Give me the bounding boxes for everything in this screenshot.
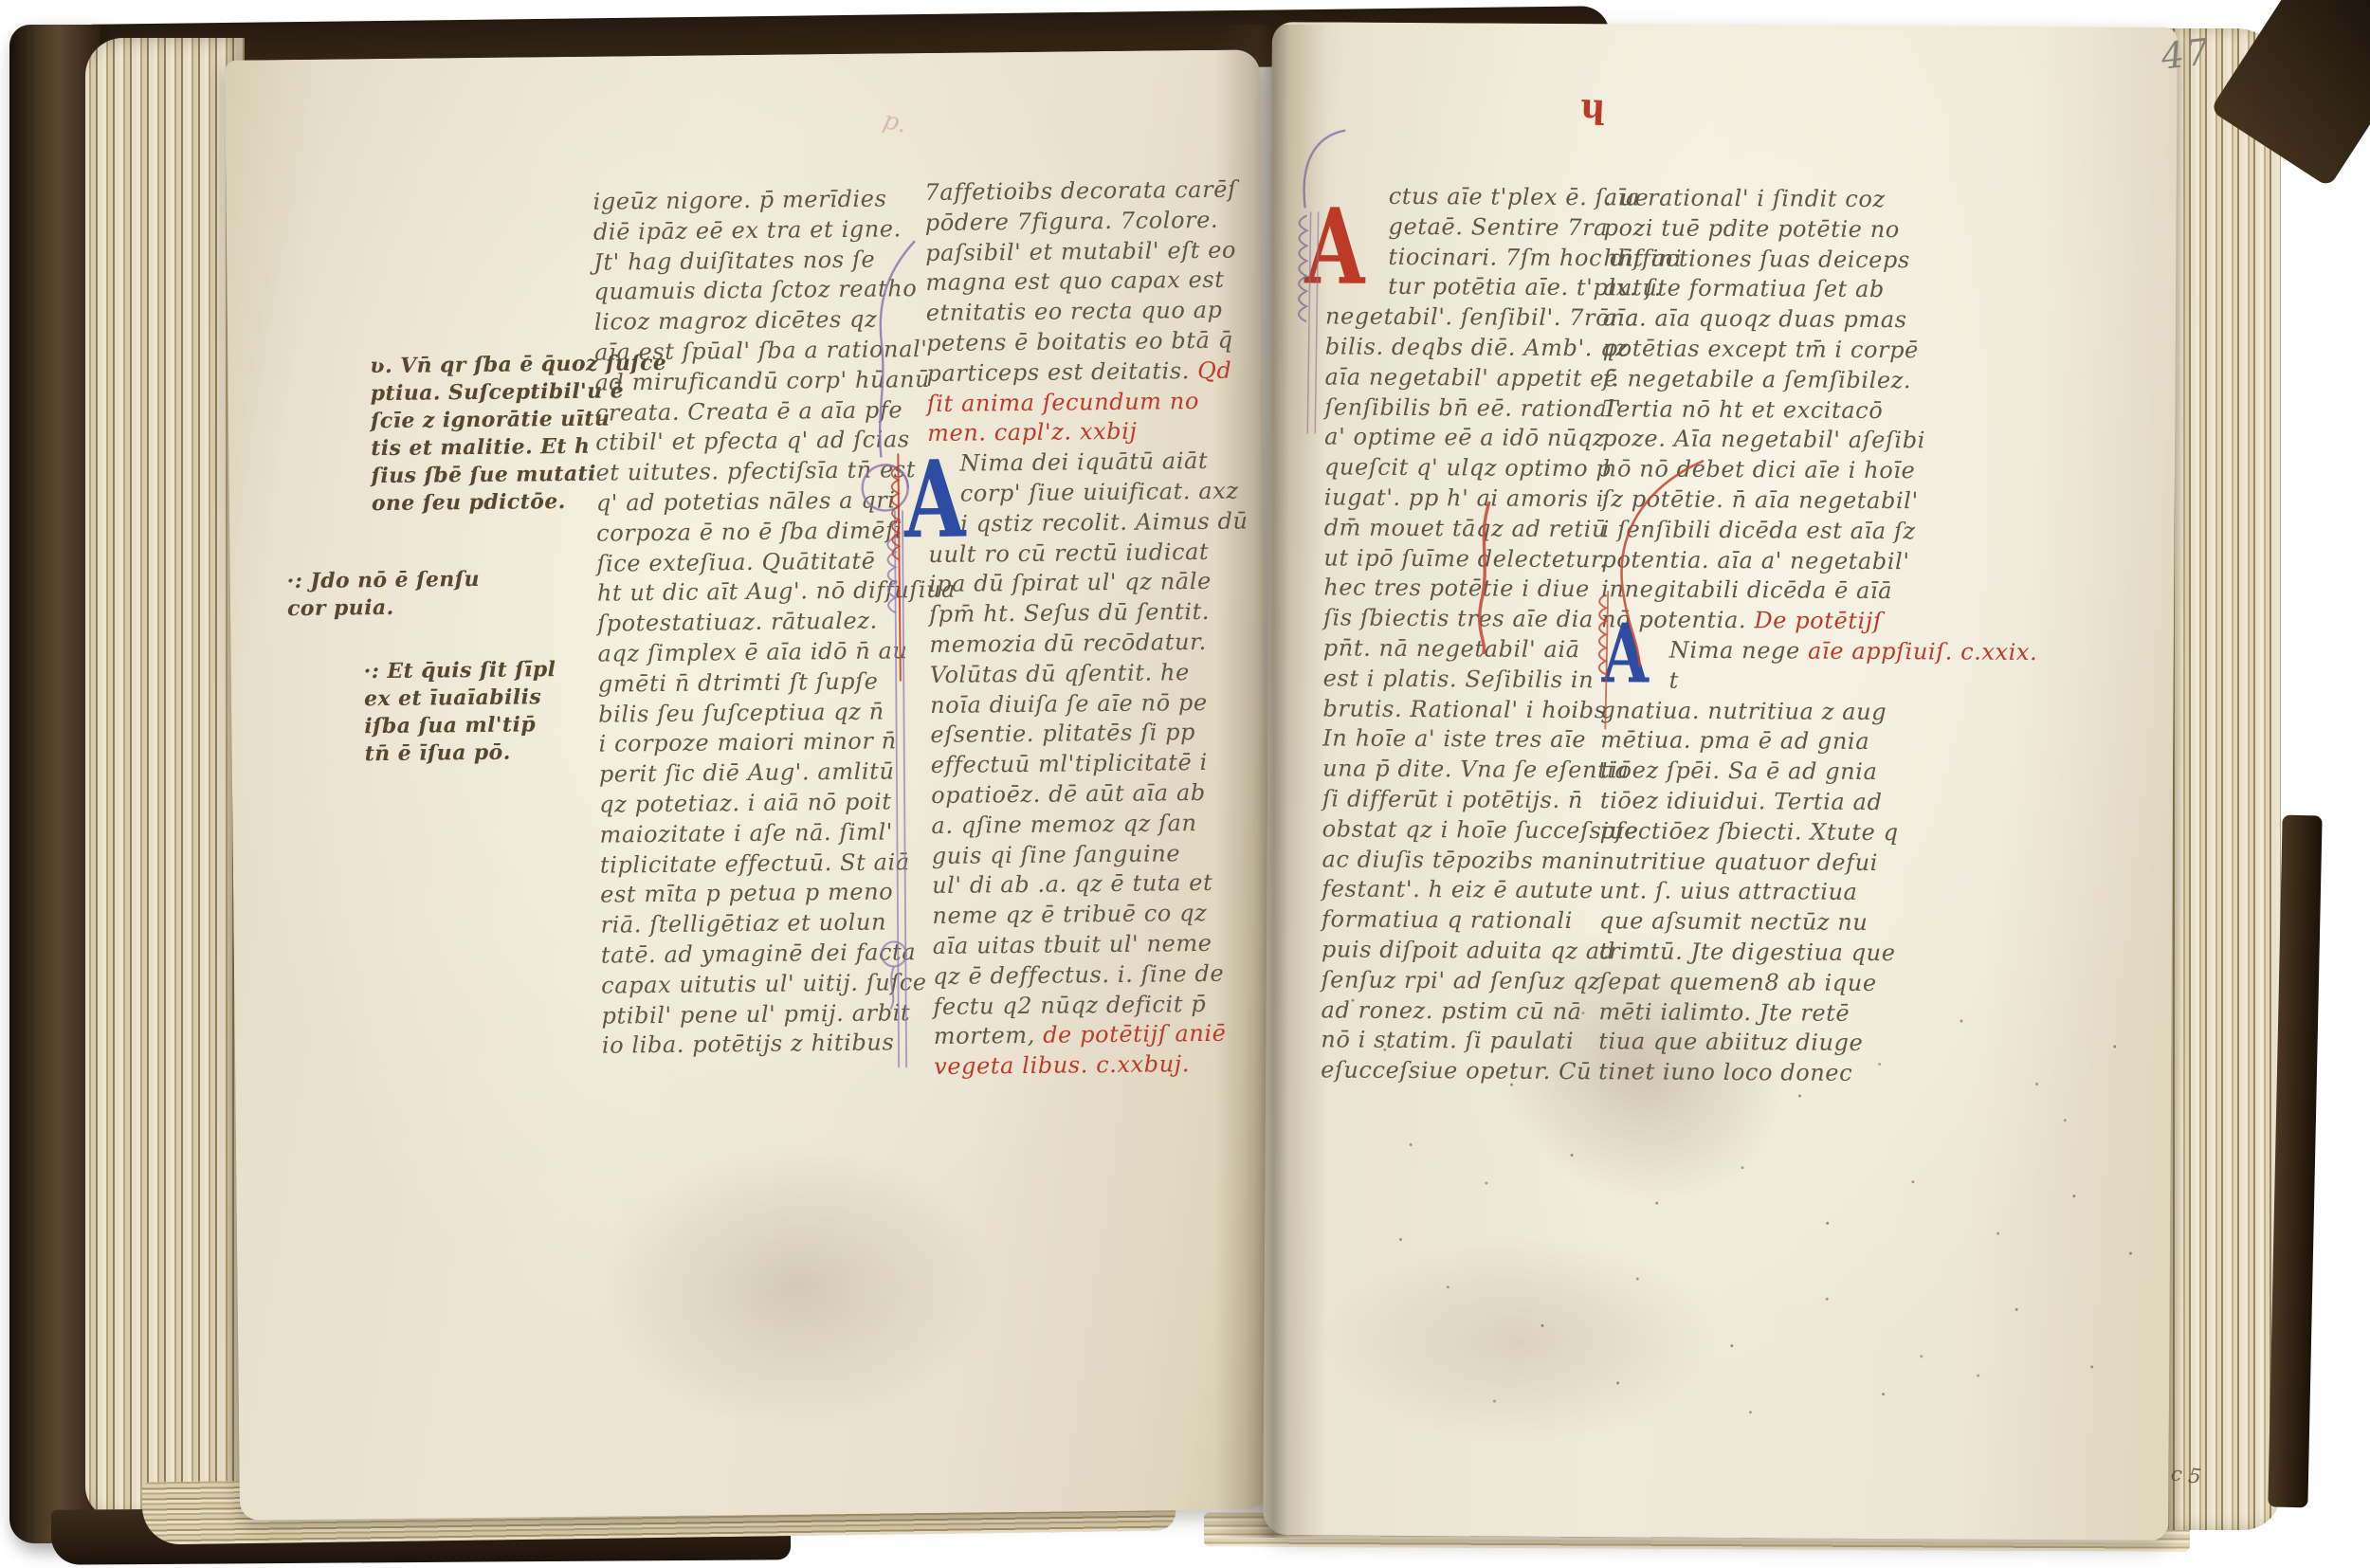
text-line: ſpotestatiuaz. rātualez. [597,606,956,640]
right-page: 47 ɥ ctus aīe t'plex ē. ſ. uegetaē. Sent… [1263,22,2178,1541]
quire-mark: ɥ [1579,86,1606,127]
text-line: i qstiz recolit. Aimus dū [928,506,1249,539]
text-line: ·: Jdo nō ē ſenſu [287,566,481,595]
text-line: innegitabili dicēda ē aīā [1601,575,2038,609]
text-line: gmēti n̄ dtrimti ſt ſupſe [598,665,957,700]
text-line: a. qſine memoz qz ſan [931,808,1251,841]
text-line: vegeta libus. c.xxbuj. [934,1049,1254,1083]
text-line: paſsibil' et mutabil' eſt eo [925,235,1246,268]
text-line: trimtū. Jte digestiua que [1599,937,2036,970]
illuminated-initial-A: A [1602,619,1650,689]
text-line: memozia dū recōdatur. [929,627,1249,660]
text-line: effectuū ml'tiplicitatē i [931,748,1251,781]
manuscript-photo: p. ʋ. Vn̄ qr ſba ē q̄uoz ſuſceptiua. Suſ… [0,0,2370,1568]
text-line: ſz potētie. n̄ aīa negetabil' [1602,484,2039,518]
text-line: ptibil' pene ul' pmij. arbit [601,997,959,1031]
text-line: t [1601,665,2038,699]
left-page: p. ʋ. Vn̄ qr ſba ē q̄uoz ſuſceptiua. Suſ… [225,49,1275,1520]
text-line: diē ipāz eē ex tra et igne. [593,214,952,248]
rubric-text: De potētijſ [1754,607,1882,634]
text-line: hn̄t actiones ſuas deiceps [1603,244,2040,277]
rubric-text: ſit anima ſecundum no [927,388,1199,417]
text-line: qz ē deffectus. i. ſine de [933,958,1253,992]
text-line: gnatiua. nutritiua z aug [1600,696,2037,729]
rubric-text: vegeta libus. c.xxbuj. [934,1050,1190,1080]
text-line: particeps est deitatis. Qd [926,356,1247,389]
text-line: uult ro cū rectū iudicat [928,537,1249,570]
illuminated-initial-A: A [903,455,965,547]
text-line: ht ut dic aīt Aug'. nō diffuſiua [597,575,956,610]
rubric-text: Qd [1197,356,1232,383]
text-line: q' ad potetias nāles a qri [596,485,955,520]
text-line: i corpoze maiori minor n̄ [598,726,957,760]
text-line: mēti ialimto. Jte retē [1598,997,2035,1030]
text-line: pfectiōez ſbiecti. Xtute q [1600,816,2037,849]
body-text: t [1669,666,1679,693]
text-line: aqz ſimplex ē aīa idō n̄ au [597,636,956,670]
text-line: nō potentia. De potētijſ [1601,605,2038,638]
text-line: ex et īuaīabilis [364,684,556,713]
text-line: creata. Creata ē a aīa pfe [595,394,954,428]
text-line: ·: Et q̄uis ſit ſīpl [364,656,556,685]
text-line: petens ē boitatis eo btā q̄ [926,325,1247,358]
text-line: perit ſic diē Aug'. amlitū [599,757,957,791]
text-line: hō nō debet dici aīe i hoīe [1602,454,2039,487]
text-line: Tertia nō ht et excitacō [1602,394,2039,428]
margin-note: ·: Jdo nō ē ſenſucor puia. [287,566,481,623]
text-line: opatioēz. dē aūt aīa ab [931,777,1251,811]
text-line: corp' ſiue uiuificat. axz [928,476,1249,509]
text-column-2: aīa rational' i ſindit cozpozi tuē pdite… [1598,183,2040,1090]
text-line: nutritiue quatuor defui [1599,847,2036,880]
text-line: io liba. potētijs z hitibus [602,1028,960,1062]
text-line: et uitutes. pfectiſsīa tn̄ est [595,455,954,489]
text-line: tiua que abiituz diuge [1598,1028,2035,1061]
text-line: potētias except tm̄ i corpē [1603,334,2040,367]
text-line: mortem, de potētijſ aniē [934,1019,1254,1052]
text-line: bilis ſeu ſuſceptiua qz n̄ [598,696,957,730]
text-line: unt. ſ. uius attractiua [1599,877,2036,910]
text-line: ipa dū ſpirat ul' qz nāle [929,567,1249,600]
text-line: eſsentie. plitatēs ſi pp [930,718,1250,751]
text-line: men. capl'z. xxbij [927,416,1248,449]
text-line: ctibil' et pfecta q' ad ſcias [595,425,954,459]
text-line: mētiua. pma ē ad gnia [1600,726,2037,759]
text-line: capax uitutis ul' uitij. ſuſce [601,967,959,1001]
quire-signature: c 5 [2170,1462,2203,1488]
text-line: poze. Aīa negetabil' aſeſibi [1602,425,2039,458]
text-line: Nima nege aīe appſiuiſ. c.xxix. [1601,635,2038,668]
text-line: autute formatiua ſet ab [1603,274,2040,307]
text-line: etnitatis eo recta quo ap [926,296,1247,329]
text-line: tinet iuno loco donec [1598,1057,2035,1090]
text-line: tatē. ad ymaginē dei facta [601,938,959,972]
rubric-text: de potētijſ aniē [1043,1020,1227,1048]
body-text: particeps est deitatis. [926,357,1197,387]
text-line: ad miruficandū corp' hūanū [594,365,953,399]
text-line: i ſenſibili dicēda est aīa ſz [1602,515,2039,548]
text-line: fectu q2 nūqz deficit p̄ [933,989,1253,1022]
text-line: ul' di ab .a. qz ē tuta et [932,868,1252,902]
text-line: corpoza ē no ē ſba dimēſi [596,515,955,549]
text-line: 7affetioibs decorata carēſ [924,175,1245,209]
text-line: noīa diuiſa ſe aīe nō pe [930,687,1250,720]
text-line: magna est quo capax est [925,265,1246,299]
faint-pen-trial-mark: p. [881,106,910,139]
text-line: est mīta p petua p meno [600,877,958,911]
body-text: Nima nege [1669,637,1808,665]
text-line: aīa rational' i ſindit coz [1604,183,2041,216]
text-line: tiplicitate effectuū. St aiā [600,847,958,881]
text-line: aīa uitas tbuit ul' neme [933,928,1253,961]
text-line: Jt' hag duiſitates nos ſe [593,244,952,278]
right-page-stack-edges [2163,28,2281,1530]
text-line: ſit anima ſecundum no [927,386,1248,419]
text-line: pōdere 7figura. 7colore. [925,205,1246,238]
folio-number: 47 [2159,30,2213,78]
parchment-smudge [596,1142,997,1431]
text-line: pozi tuē pdite potētie no [1603,213,2040,246]
text-line: iſba ſua ml'tip̄ [364,711,556,740]
text-line: neme qz ē tribuē co qz [932,899,1252,932]
text-line: aīa. aīa quoqz duas pmas [1603,303,2040,337]
text-line: igeūz nigore. p̄ merīdies [592,184,951,218]
text-line: tiōez ſpēi. Sa ē ad gnia [1600,756,2037,789]
text-line: potentia. aīa a' negetabil' [1601,545,2038,578]
rubric-text: aīe appſiuiſ. c.xxix. [1808,638,2037,665]
text-line: qz potetiaz. i aiā nō poit [599,787,957,821]
text-line: Nima dei iquātū aiāt [927,447,1248,480]
text-column-2: 7affetioibs decorata carēſpōdere 7figura… [924,175,1253,1083]
text-line: que aſsumit nectūz nu [1599,906,2036,939]
text-line: riā. ſtelligētiaz et uolun [600,907,958,941]
text-line: aīa est ſpūal' ſba a rational' [594,335,953,369]
text-line: tiōez idiuidui. Tertia ad [1600,786,2037,819]
text-line: guis qi ſine ſanguine [932,838,1252,871]
text-line: licoz magroz dicētes qz [594,304,953,338]
text-line: ſepat quemen8 ab ique [1599,967,2036,1000]
left-page-stack-edges [85,38,245,1519]
text-column-1: igeūz nigore. p̄ merīdiesdiē ipāz eē ex … [592,184,960,1062]
text-line: ſ. negetabile a ſemſibilez. [1602,364,2039,397]
illuminated-initial-A: A [1304,202,1365,292]
text-line: Volūtas dū qſentit. he [930,657,1250,690]
text-line: ſice exteſiua. Quātitatē [596,545,955,579]
text-line: cor puia. [287,593,481,623]
text-line: quamuis dicta ſctoz reatho [593,274,952,308]
text-line: ſpm̄ ht. Seſus dū ſentit. [929,597,1249,630]
text-line: tn̄ ē īſua pō. [364,738,556,768]
margin-note: ·: Et q̄uis ſit ſīplex et īuaīabilisiſba… [364,656,557,768]
parchment-smudge [1321,1235,1720,1447]
body-text: mortem, [934,1022,1044,1049]
text-line: maiozitate i aſe nā. ſiml' [599,816,957,850]
